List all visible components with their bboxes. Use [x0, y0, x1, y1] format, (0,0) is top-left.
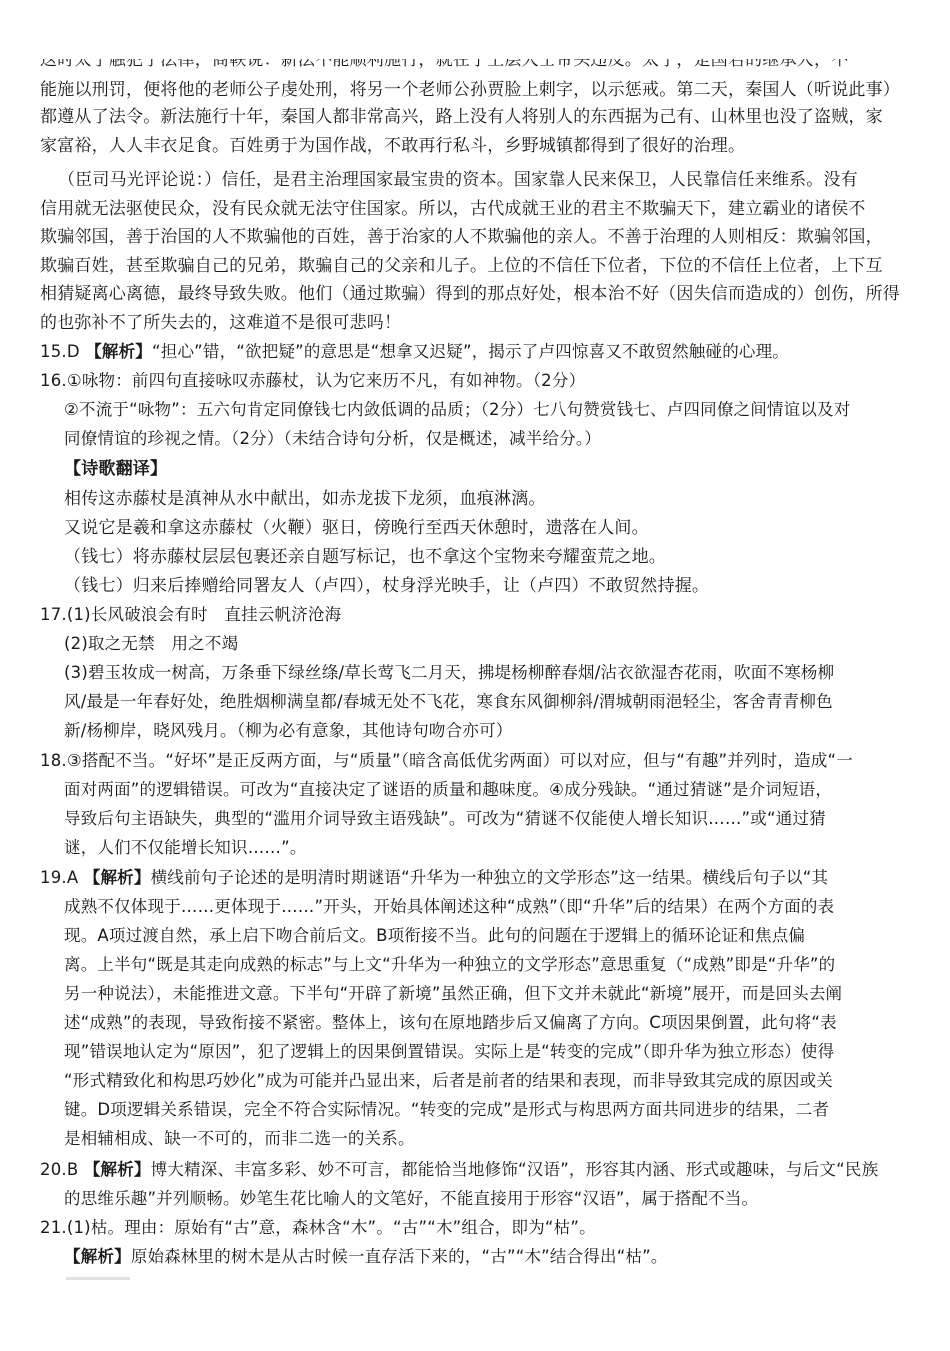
- poem-line: （钱七）归来后捧赠给同署友人（卢四），杖身浮光映手，让（卢四）不敢贸然持握。: [64, 576, 709, 596]
- answer-19-line: “形式精致化和构思巧妙化”成为可能并凸显出来，后者是前者的结果和表现，而非导致其…: [64, 1071, 833, 1091]
- answer-19-line: 离。上半句“既是其走向成熟的标志”与上文“升华为一种独立的文学形态”意思重复（“…: [64, 955, 835, 975]
- poem-translation-heading: 【诗歌翻译】: [64, 459, 167, 479]
- answer-19-line: 现。A项过渡自然，承上启下吻合前后文。B项衔接不当。此句的问题在于逻辑上的循环论…: [64, 926, 805, 946]
- answer-19-line: 键。D项逻辑关系错误，完全不符合实际情况。“转变的完成”是形式与构思两方面共同进…: [64, 1100, 829, 1120]
- answer-text: “担心”错，“欲把疑”的意思是“想拿又迟疑”，揭示了卢四惊喜又不敢贸然触碰的心理…: [152, 342, 789, 361]
- analysis-tag: 【解析】: [85, 342, 152, 361]
- cut-off-text-fragment: [66, 1277, 130, 1280]
- commentary-line: 的也弥补不了所失去的，这难道不是很可悲吗！: [40, 313, 401, 333]
- answer-number: 20.B: [40, 1160, 78, 1179]
- answer-17-line: 新/杨柳岸，晓风残月。（柳为必有意象，其他诗句吻合亦可）: [64, 721, 512, 741]
- answer-21-line: 21.(1)枯。理由：原始有“古”意，森林含“木”。“古”“木”组合，即为“枯”…: [40, 1218, 596, 1238]
- translation-line: 能施以刑罚，便将他的老师公子虔处刑，将另一个老师公孙贾脸上刺字，以示惩戒。第二天…: [40, 80, 900, 100]
- answer-16-line: ②不流于“咏物”：五六句肯定同僚钱七内敛低调的品质；（2分）七八句赞赏钱七、卢四…: [64, 400, 850, 420]
- answer-text: 横线前句子论述的是明清时期谜语“升华为一种独立的文学形态”这一结果。横线后句子以…: [151, 868, 829, 887]
- answer-18-line: 谜，人们不仅能增长知识……”。: [64, 838, 307, 858]
- answer-number: 19.A: [40, 868, 78, 887]
- answer-19-line: 述“成熟”的表现，导致衔接不紧密。整体上，该句在原地踏步后又偏离了方向。C项因果…: [64, 1013, 837, 1033]
- commentary-line: 欺骗邻国，善于治国的人不欺骗他的百姓，善于治家的人不欺骗他的亲人。不善于治理的人…: [40, 227, 883, 247]
- answer-19-line: 是相辅相成、缺一不可的，而非二选一的关系。: [64, 1129, 415, 1149]
- answer-19-line: 成熟不仅体现于……更体现于……”开头，开始具体阐述这种“成熟”（即“升华”后的结…: [64, 897, 834, 917]
- answer-17-line: (3)碧玉妆成一树高，万条垂下绿丝绦/草长莺飞二月天，拂堤杨柳醉春烟/沾衣欲湿杏…: [64, 663, 834, 683]
- poem-line: 又说它是羲和拿这赤藤杖（火鞭）驱日，傍晚行至西天休憩时，遗落在人间。: [64, 518, 649, 538]
- commentary-line: （臣司马光评论说：）信任，是君主治理国家最宝贵的资本。国家靠人民来保卫，人民靠信…: [58, 170, 858, 190]
- poem-line: 相传这赤藤杖是滇神从水中献出，如赤龙拔下龙须，血痕淋漓。: [64, 489, 546, 509]
- answer-text: 原始森林里的树木是从古时候一直存活下来的，“古”“木”结合得出“枯”。: [131, 1247, 668, 1266]
- answer-17-line: 17.(1)长风破浪会有时 直挂云帆济沧海: [40, 605, 341, 625]
- answer-17-line: 风/最是一年春好处，绝胜烟柳满皇都/春城无处不飞花，寒食东风御柳斜/渭城朝雨浥轻…: [64, 692, 833, 712]
- answer-16-line: 16.①咏物：前四句直接咏叹赤藤杖，认为它来历不凡，有如神物。（2分）: [40, 371, 585, 391]
- answer-text: 博大精深、丰富多彩、妙不可言，都能恰当地修饰“汉语”，形容其内涵、形式或趣味，与…: [151, 1160, 879, 1179]
- analysis-tag: 【解析】: [84, 1160, 151, 1179]
- translation-line: 家富裕，人人丰衣足食。百姓勇于为国作战，不敢再行私斗，乡野城镇都得到了很好的治理…: [40, 136, 745, 156]
- answer-19: 19.A 【解析】横线前句子论述的是明清时期谜语“升华为一种独立的文学形态”这一…: [40, 868, 828, 888]
- answer-20-line: 的思维乐趣”并列顺畅。妙笔生花比喻人的文笔好，不能直接用于形容“汉语”，属于搭配…: [64, 1189, 758, 1209]
- analysis-tag: 【解析】: [84, 868, 151, 887]
- answer-20: 20.B 【解析】博大精深、丰富多彩、妙不可言，都能恰当地修饰“汉语”，形容其内…: [40, 1160, 878, 1180]
- commentary-line: 相猜疑离心离德，最终导致失败。他们（通过欺骗）得到的那点好处，根本治不好（因失信…: [40, 284, 900, 304]
- answer-18-line: 导致后句主语缺失，典型的“滥用介词导致主语残缺”。可改为“猜谜不仅能使人增长知识…: [64, 809, 826, 829]
- answer-15: 15.D 【解析】“担心”错，“欲把疑”的意思是“想拿又迟疑”，揭示了卢四惊喜又…: [40, 342, 789, 362]
- translation-line: 这时太子触犯了法律，商鞅说：新法不能顺利施行，就在于上层人士带头违反。太子，是国…: [40, 50, 848, 70]
- answer-number: 15.D: [40, 342, 80, 361]
- translation-line: 都遵从了法令。新法施行十年，秦国人都非常高兴，路上没有人将别人的东西据为己有、山…: [40, 107, 883, 127]
- answer-key-page: 这时太子触犯了法律，商鞅说：新法不能顺利施行，就在于上层人士带头违反。太子，是国…: [0, 0, 950, 1351]
- answer-18-line: 面对两面”的逻辑错误。可改为“直接决定了谜语的质量和趣味度。④成分残缺。“通过猜…: [64, 780, 832, 800]
- answer-19-line: 另一种说法），未能推进文意。下半句“开辟了新境”虽然正确，但下文并未就此“新境”…: [64, 984, 842, 1004]
- answer-18-line: 18.③搭配不当。“好坏”是正反两方面，与“质量”（暗含高低优劣两面）可以对应，…: [40, 751, 853, 771]
- poem-line: （钱七）将赤藤杖层层包裹还亲自题写标记，也不拿这个宝物来夸耀蛮荒之地。: [64, 547, 666, 567]
- answer-21-analysis: 【解析】原始森林里的树木是从古时候一直存活下来的，“古”“木”结合得出“枯”。: [64, 1247, 668, 1267]
- commentary-line: 欺骗百姓，甚至欺骗自己的兄弟，欺骗自己的父亲和儿子。上位的不信任下位者，下位的不…: [40, 256, 883, 276]
- analysis-tag: 【解析】: [64, 1247, 131, 1266]
- answer-16-line: 同僚情谊的珍视之情。（2分）（未结合诗句分析，仅是概述，减半给分。）: [64, 429, 601, 449]
- answer-19-line: 现”错误地认定为“原因”，犯了逻辑上的因果倒置错误。实际上是“转变的完成”（即升…: [64, 1042, 834, 1062]
- commentary-line: 信用就无法驱使民众，没有民众就无法守住国家。所以，古代成就王业的君主不欺骗天下，…: [40, 199, 866, 219]
- answer-17-line: (2)取之无禁 用之不竭: [64, 634, 238, 654]
